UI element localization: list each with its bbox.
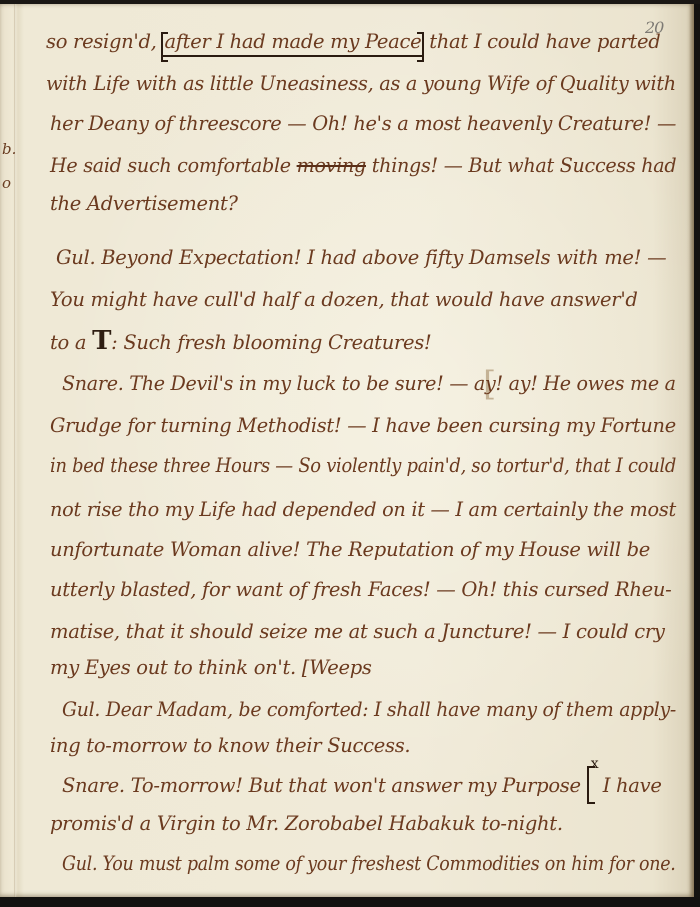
page-edge-shadow <box>689 4 694 897</box>
text-line: Snare. The Devil's in my luck to be sure… <box>62 372 676 395</box>
manuscript-page: b. o 20 [ so resign'd, after I had made … <box>0 4 694 897</box>
line-segment: things! — But what Success had <box>366 154 676 177</box>
text-line: my Eyes out to think on't. [Weeps <box>50 656 372 679</box>
text-line: ing to-morrow to know their Success. <box>50 734 410 757</box>
text-line: Grudge for turning Methodist! — I have b… <box>50 414 676 437</box>
text-line: promis'd a Virgin to Mr. Zorobabel Habak… <box>50 812 563 835</box>
line-segment: : Such fresh blooming Creatures! <box>111 331 431 354</box>
text-line: her Deany of threescore — Oh! he's a mos… <box>50 112 676 135</box>
capital-t: T <box>92 326 111 356</box>
line-segment: to a <box>50 331 92 354</box>
inserted-phrase: after I had made my Peace <box>162 30 423 53</box>
text-line: He said such comfortable moving things! … <box>50 154 676 177</box>
line-segment: Snare. To-morrow! But that won't answer … <box>62 774 581 797</box>
text-line: Gul. Dear Madam, be comforted: I shall h… <box>62 698 676 721</box>
text-line: matise, that it should seize me at such … <box>50 620 665 643</box>
text-line: in bed these three Hours — So violently … <box>50 454 676 477</box>
line-segment: He said such comfortable <box>50 154 297 177</box>
inserted-text: after I had made my Peace <box>164 30 421 53</box>
struck-word: moving <box>297 154 366 177</box>
text-line: utterly blasted, for want of fresh Faces… <box>50 578 671 601</box>
text-line: You might have cull'd half a dozen, that… <box>50 288 638 311</box>
gutter-fold <box>14 4 16 897</box>
text-line: so resign'd, after I had made my Peace t… <box>46 30 660 53</box>
text-line: Gul. Beyond Expectation! I had above fif… <box>56 246 666 269</box>
text-line: unfortunate Woman alive! The Reputation … <box>50 538 650 561</box>
text-line: with Life with as little Uneasiness, as … <box>46 72 676 95</box>
insertion-underline <box>162 55 423 57</box>
line-segment: so resign'd, <box>46 30 162 53</box>
text-line: not rise tho my Life had depended on it … <box>50 498 676 521</box>
text-line: Gul. You must palm some of your freshest… <box>62 852 676 875</box>
line-segment: that I could have parted <box>423 30 660 53</box>
text-line: Snare. To-morrow! But that won't answer … <box>62 774 662 797</box>
text-line: to a T: Such fresh blooming Creatures! <box>50 326 431 356</box>
text-line: the Advertisement? <box>50 192 238 215</box>
scan-border-bottom <box>0 897 700 907</box>
margin-fragment: b. <box>2 140 16 158</box>
caret-x-mark: x <box>591 756 599 772</box>
margin-fragment: o <box>2 174 11 192</box>
insertion-caret-mark: x <box>583 774 601 796</box>
line-segment: I have <box>603 774 662 797</box>
